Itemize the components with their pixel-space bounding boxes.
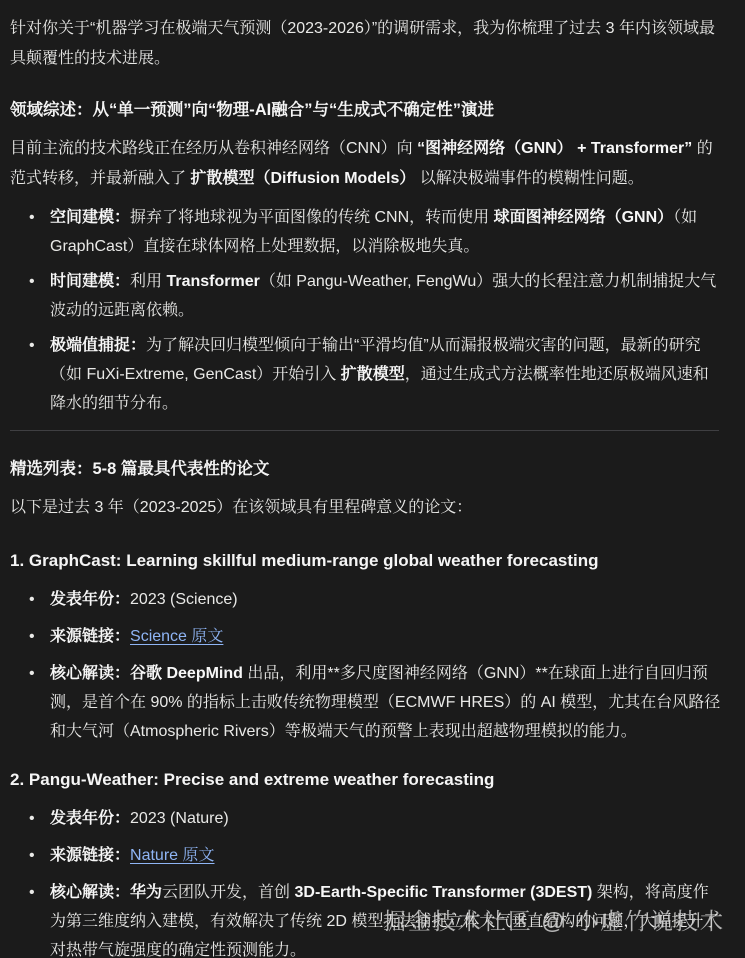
bold-text-segment: 核心解读： — [50, 665, 130, 682]
bold-text-segment: 发表年份： — [50, 591, 130, 608]
overview-heading: 领域综述：从“单一预测”向“物理-AI融合”与“生成式不确定性”演进 — [10, 98, 721, 122]
papers-heading: 精选列表：5-8 篇最具代表性的论文 — [10, 457, 721, 481]
bold-text-segment: 核心解读： — [50, 884, 130, 901]
bold-text-segment: Transformer — [166, 273, 259, 290]
paper-graphcast-bullet-list: 发表年份：2023 (Science) 来源链接：Science 原文 核心解读… — [10, 585, 721, 746]
list-item: 来源链接：Science 原文 — [50, 622, 721, 651]
chat-response-content: 针对你关于“机器学习在极端天气预测（2023-2026）”的调研需求，我为你梳理… — [0, 0, 745, 958]
bold-text-segment: 来源链接： — [50, 847, 130, 864]
list-item: 来源链接：Nature 原文 — [50, 841, 721, 870]
list-item: 极端值捕捉：为了解决回归模型倾向于输出“平滑均值”从而漏报极端灾害的问题，最新的… — [50, 331, 721, 418]
bold-text-segment: “图神经网络（GNN） + Transformer” — [417, 140, 692, 157]
overview-bullet-list: 空间建模：摒弃了将地球视为平面图像的传统 CNN，转而使用 球面图神经网络（GN… — [10, 203, 721, 418]
overview-paragraph: 目前主流的技术路线正在经历从卷积神经网络（CNN）向 “图神经网络（GNN） +… — [10, 134, 721, 194]
bold-text-segment: 3D-Earth-Specific Transformer (3DEST) — [294, 884, 592, 901]
text-segment: 目前主流的技术路线正在经历从卷积神经网络（CNN）向 — [10, 140, 417, 157]
bold-text-segment: 空间建模： — [50, 209, 130, 226]
bold-text-segment: 时间建模： — [50, 273, 130, 290]
list-item: 空间建模：摒弃了将地球视为平面图像的传统 CNN，转而使用 球面图神经网络（GN… — [50, 203, 721, 261]
bold-text-segment: 扩散模型 — [341, 366, 405, 383]
bold-text-segment: 华为 — [130, 884, 162, 901]
watermark: 掘金技术社区 @ 小虚竹说技术 — [383, 906, 725, 936]
text-segment: 利用 — [130, 273, 166, 290]
list-item: 发表年份：2023 (Nature) — [50, 804, 721, 833]
bold-text-segment: 来源链接： — [50, 628, 130, 645]
list-item: 发表年份：2023 (Science) — [50, 585, 721, 614]
bold-text-segment: 谷歌 DeepMind — [130, 665, 243, 682]
bold-text-segment: 极端值捕捉： — [50, 337, 146, 354]
bold-text-segment: 发表年份： — [50, 810, 130, 827]
list-item: 时间建模：利用 Transformer（如 Pangu-Weather, Fen… — [50, 267, 721, 325]
paper-title-pangu: 2. Pangu-Weather: Precise and extreme we… — [10, 768, 721, 792]
intro-paragraph: 针对你关于“机器学习在极端天气预测（2023-2026）”的调研需求，我为你梳理… — [10, 14, 721, 74]
bold-text-segment: 球面图神经网络（GNN） — [494, 209, 674, 226]
paper-title-graphcast: 1. GraphCast: Learning skillful medium-r… — [10, 549, 721, 573]
bold-text-segment: 扩散模型（Diffusion Models） — [190, 170, 415, 187]
nature-source-link[interactable]: Nature 原文 — [130, 847, 214, 864]
text-segment: 摒弃了将地球视为平面图像的传统 CNN，转而使用 — [130, 209, 494, 226]
text-segment: 2023 (Science) — [130, 591, 238, 608]
section-divider — [10, 430, 719, 431]
science-source-link[interactable]: Science 原文 — [130, 628, 223, 645]
text-segment: 2023 (Nature) — [130, 810, 229, 827]
papers-intro-paragraph: 以下是过去 3 年（2023-2025）在该领域具有里程碑意义的论文： — [10, 493, 721, 523]
list-item: 核心解读：谷歌 DeepMind 出品，利用**多尺度图神经网络（GNN）**在… — [50, 659, 721, 746]
text-segment: 云团队开发，首创 — [162, 884, 294, 901]
text-segment: 以解决极端事件的模糊性问题。 — [415, 170, 643, 187]
